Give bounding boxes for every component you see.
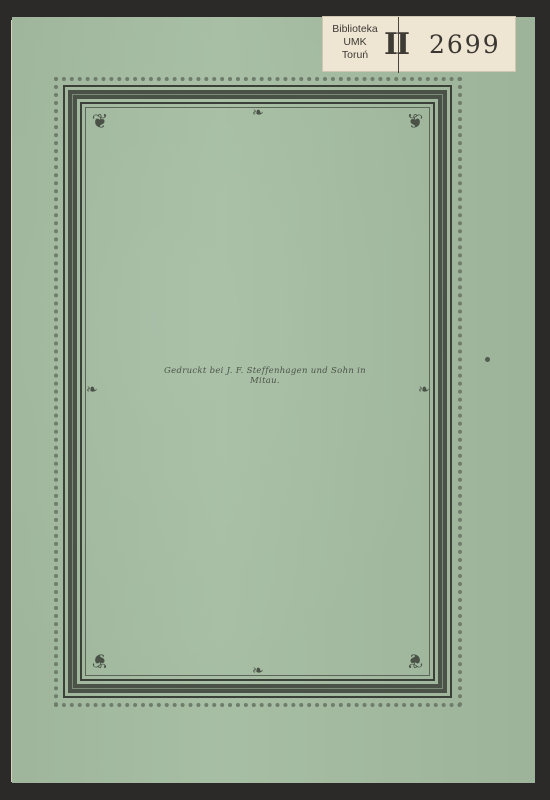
- library-name-line: Biblioteka: [327, 23, 383, 36]
- top-center-ornament-icon: ❧: [252, 106, 264, 120]
- library-name-line: UMK: [327, 36, 383, 49]
- corner-ornament-icon: ❦: [402, 108, 428, 134]
- label-divider: [398, 17, 399, 73]
- right-center-ornament-icon: ❧: [418, 383, 430, 397]
- bottom-center-ornament-icon: ❧: [252, 664, 264, 678]
- shelf-mark: II: [384, 30, 408, 60]
- inner-thin-border: [85, 107, 430, 676]
- library-call-number-label: Biblioteka UMK Toruń II 2699: [322, 16, 516, 72]
- corner-ornament-icon: ❦: [87, 108, 113, 134]
- corner-ornament-icon: ❦: [87, 648, 113, 674]
- library-name-line: Toruń: [327, 49, 383, 62]
- left-center-ornament-icon: ❧: [86, 383, 98, 397]
- corner-ornament-icon: ❦: [402, 648, 428, 674]
- library-name: Biblioteka UMK Toruń: [327, 23, 383, 62]
- printer-imprint: Gedruckt bei J. F. Steffenhagen und Sohn…: [150, 366, 380, 386]
- call-number: 2699: [429, 30, 501, 59]
- ink-spot: [485, 357, 490, 362]
